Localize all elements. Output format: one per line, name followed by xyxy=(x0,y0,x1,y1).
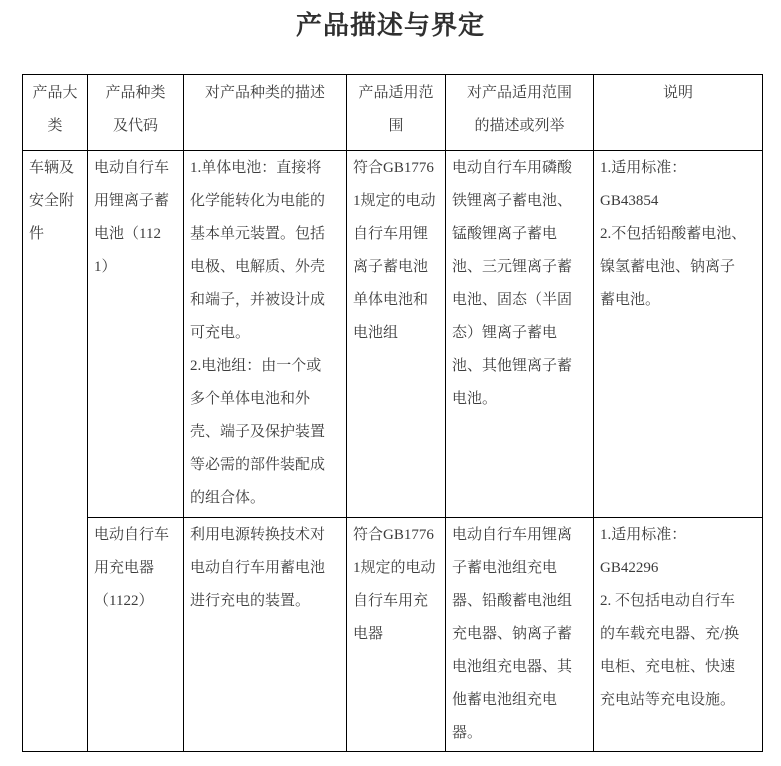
cell-applicable-scope: 符合GB1776 1规定的电动 自行车用锂 离子蓄电池 单体电池和 电池组 xyxy=(347,151,446,518)
table-row: 车辆及 安全附 件 电动自行车 用锂离子蓄 电池（112 1） 1.单体电池：直… xyxy=(23,151,763,518)
cell-notes: 1.适用标准： GB43854 2.不包括铅酸蓄电池、 镍氢蓄电池、钠离子 蓄电… xyxy=(594,151,763,518)
cell-notes: 1.适用标准： GB42296 2. 不包括电动自行车 的车载充电器、充/换 电… xyxy=(594,518,763,752)
header-notes: 说明 xyxy=(594,75,763,151)
cell-type-description: 1.单体电池：直接将 化学能转化为电能的 基本单元装置。包括 电极、电解质、外壳… xyxy=(184,151,347,518)
header-product-category: 产品大 类 xyxy=(23,75,88,151)
cell-applicable-scope: 符合GB1776 1规定的电动 自行车用充 电器 xyxy=(347,518,446,752)
page-title: 产品描述与界定 xyxy=(0,8,781,42)
header-product-type-code: 产品种类 及代码 xyxy=(88,75,184,151)
cell-scope-detail: 电动自行车用锂离 子蓄电池组充电 器、铅酸蓄电池组 充电器、钠离子蓄 电池组充电… xyxy=(446,518,594,752)
document-page: 产品描述与界定 产品大 类 产品种类 及代码 对产品种类的描述 产品适用范 围 … xyxy=(0,0,781,766)
cell-type-description: 利用电源转换技术对 电动自行车用蓄电池 进行充电的装置。 xyxy=(184,518,347,752)
table-row: 电动自行车 用充电器 （1122） 利用电源转换技术对 电动自行车用蓄电池 进行… xyxy=(23,518,763,752)
header-type-description: 对产品种类的描述 xyxy=(184,75,347,151)
cell-type-code: 电动自行车 用充电器 （1122） xyxy=(88,518,184,752)
cell-product-category: 车辆及 安全附 件 xyxy=(23,151,88,752)
cell-type-code: 电动自行车 用锂离子蓄 电池（112 1） xyxy=(88,151,184,518)
header-scope-detail: 对产品适用范围 的描述或列举 xyxy=(446,75,594,151)
table-header-row: 产品大 类 产品种类 及代码 对产品种类的描述 产品适用范 围 对产品适用范围 … xyxy=(23,75,763,151)
cell-scope-detail: 电动自行车用磷酸 铁锂离子蓄电池、 锰酸锂离子蓄电 池、三元锂离子蓄 电池、固态… xyxy=(446,151,594,518)
product-definition-table: 产品大 类 产品种类 及代码 对产品种类的描述 产品适用范 围 对产品适用范围 … xyxy=(22,74,763,752)
header-applicable-scope: 产品适用范 围 xyxy=(347,75,446,151)
